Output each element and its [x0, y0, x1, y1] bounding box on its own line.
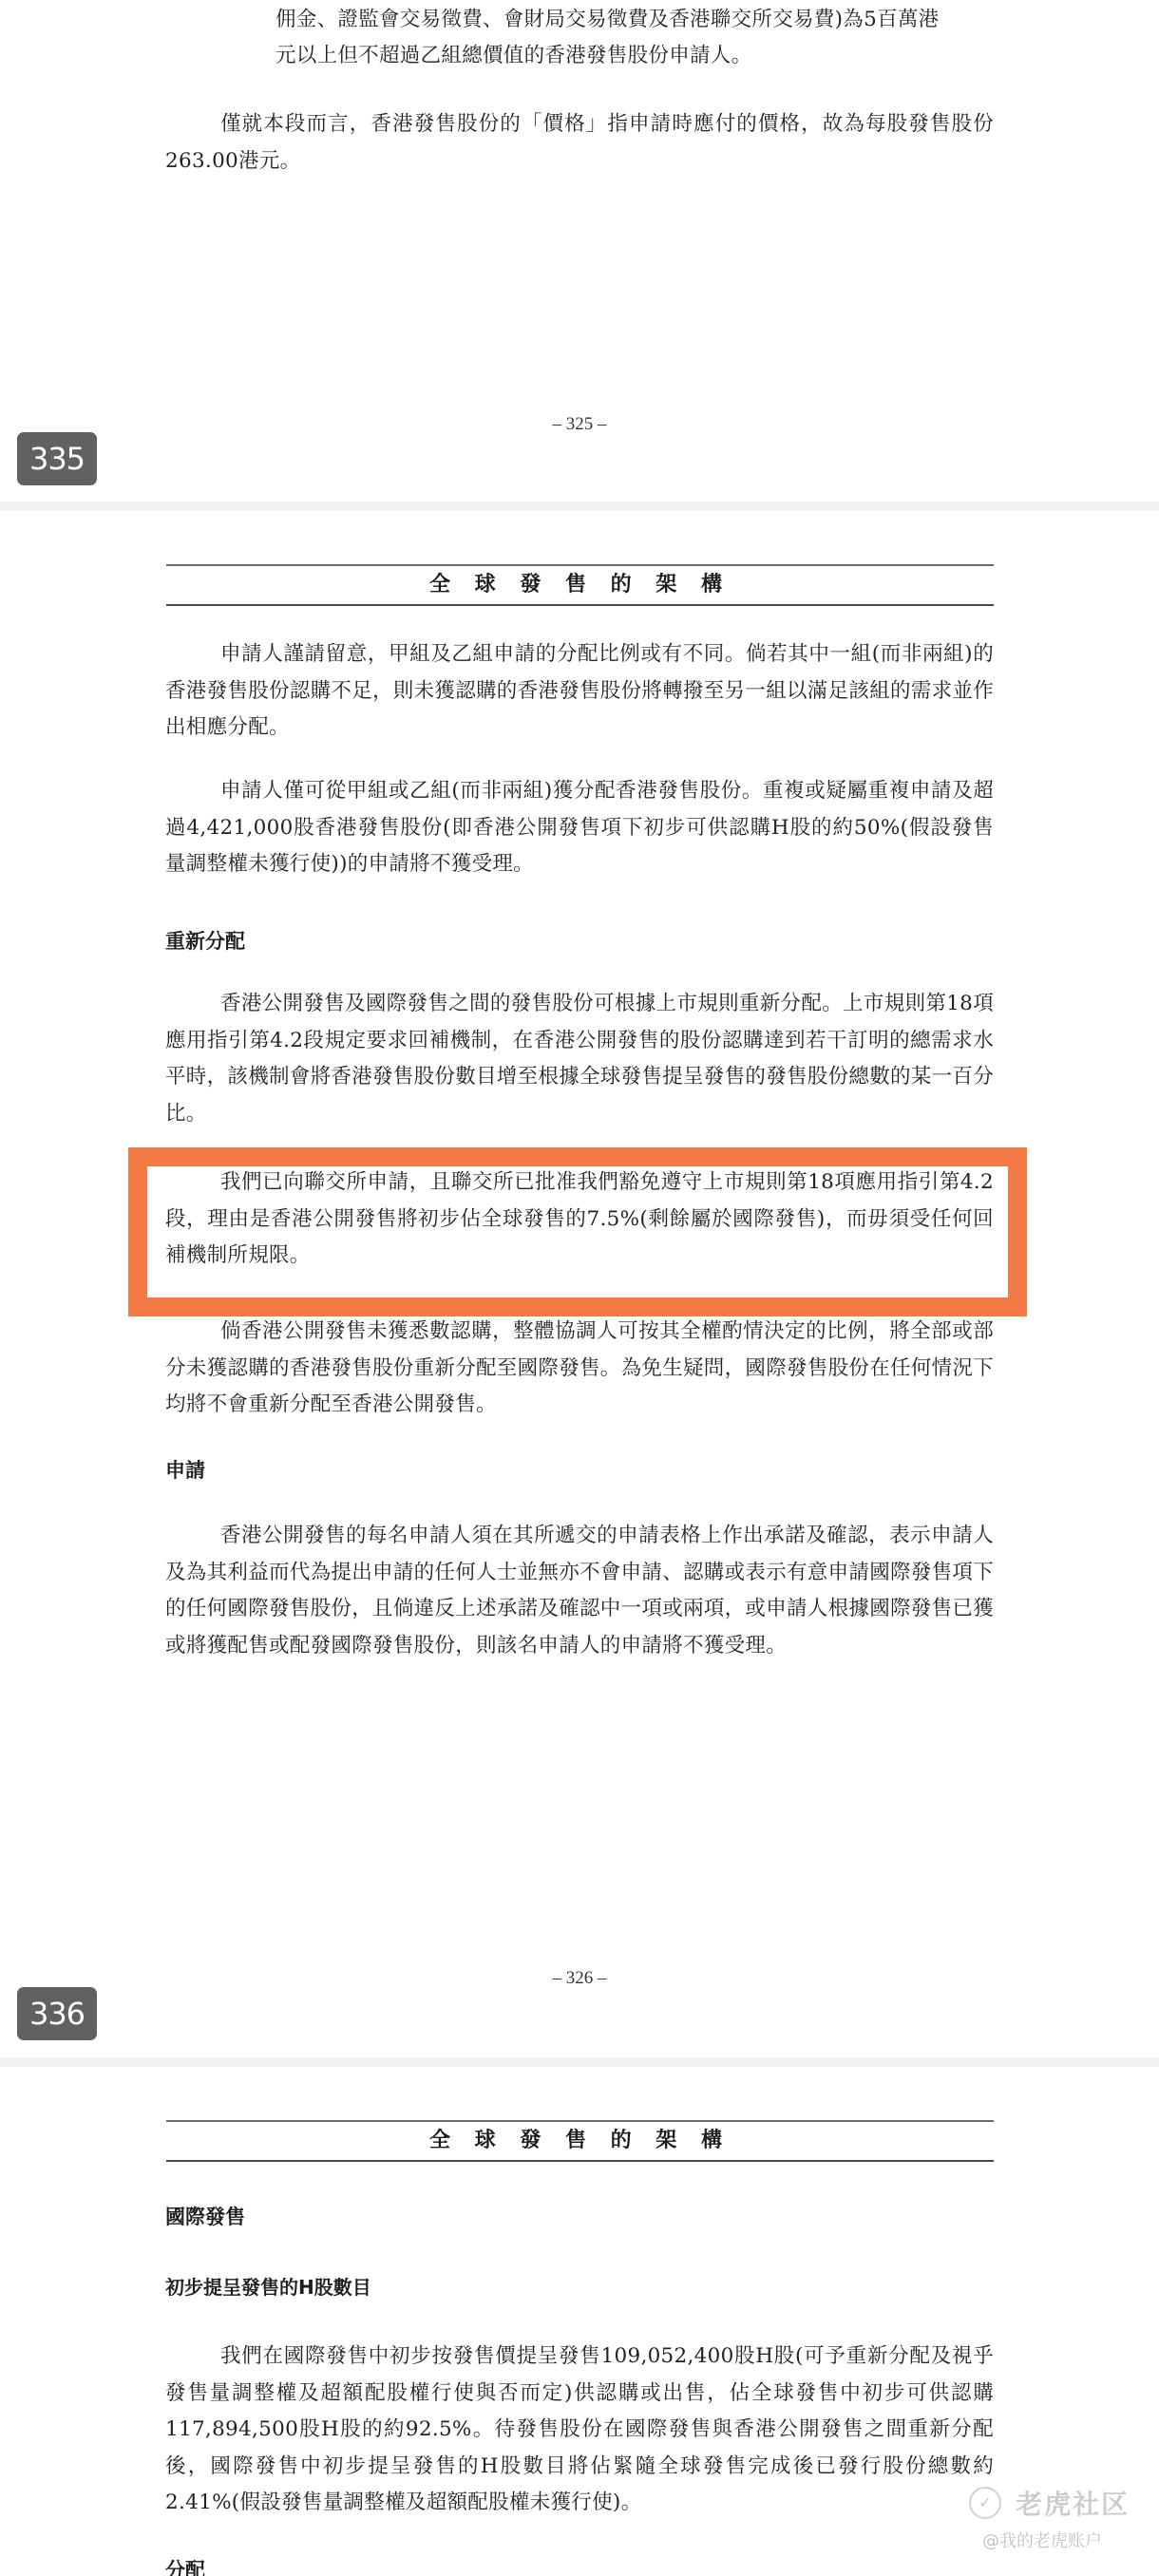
watermark-brand: 老虎社区: [1016, 2484, 1130, 2522]
paragraph-h-shares-offered: 我們在國際發售中初步按發售價提呈發售109,052,400股H股(可予重新分配及…: [165, 2339, 994, 2522]
watermark-account: @我的老虎账户: [982, 2528, 1149, 2552]
paragraph-continuation-line-1: 佣金、證監會交易徵費、會財局交易徵費及香港聯交所交易費)為5百萬港: [275, 2, 994, 39]
paragraph-duplicate-applications: 申請人僅可從甲組或乙組(而非兩組)獲分配香港發售股份。重複或疑屬重複申請及超過4…: [165, 773, 994, 883]
highlight-annotation-box: [128, 1147, 1027, 1316]
page-header-title: 全 球 發 售 的 架 構: [166, 566, 994, 604]
printed-page-number: – 326 –: [0, 1968, 1159, 1989]
document-page-325: 佣金、證監會交易徵費、會財局交易徵費及香港聯交所交易費)為5百萬港 元以上但不超…: [0, 0, 1159, 503]
page-header-title: 全 球 發 售 的 架 構: [166, 2122, 994, 2160]
paragraph-allocation-ratio: 申請人謹請留意，甲組及乙組申請的分配比例或有不同。倘若其中一組(而非兩組)的香港…: [165, 636, 994, 747]
paragraph-applicant-undertaking: 香港公開發售的每名申請人須在其所遞交的申請表格上作出承諾及確認，表示申請人及為其…: [165, 1518, 994, 1664]
watermark: ✓ 老虎社区 @我的老虎账户: [969, 2484, 1149, 2552]
paragraph-price-definition: 僅就本段而言，香港發售股份的「價格」指申請時應付的價格，故為每股發售股份263.…: [165, 106, 994, 180]
paragraph-reallocation-rules: 香港公開發售及國際發售之間的發售股份可根據上市規則重新分配。上市規則第18項應用…: [165, 986, 994, 1132]
paragraph-continuation-line-2: 元以上但不超過乙組總價值的香港發售股份申請人。: [275, 38, 994, 75]
printed-page-number: – 325 –: [0, 414, 1159, 435]
paragraph-undersubscription: 倘香港公開發售未獲悉數認購，整體協調人可按其全權酌情決定的比例，將全部或部分未獲…: [165, 1314, 994, 1424]
page-separator: [0, 2057, 1159, 2067]
page-separator: [0, 502, 1159, 511]
section-heading-reallocation: 重新分配: [165, 926, 245, 955]
section-heading-initial-h-shares: 初步提呈發售的H股數目: [165, 2272, 371, 2300]
section-heading-international-offering: 國際發售: [165, 2202, 245, 2230]
viewer-page-badge: 335: [17, 432, 97, 485]
section-heading-applications: 申請: [165, 1455, 205, 1484]
viewer-page-badge: 336: [17, 1987, 97, 2040]
section-heading-allocation: 分配: [165, 2555, 205, 2576]
page-header: 全 球 發 售 的 架 構: [166, 2120, 994, 2162]
page-header: 全 球 發 售 的 架 構: [166, 564, 994, 606]
tiger-logo-icon: ✓: [969, 2487, 1001, 2519]
